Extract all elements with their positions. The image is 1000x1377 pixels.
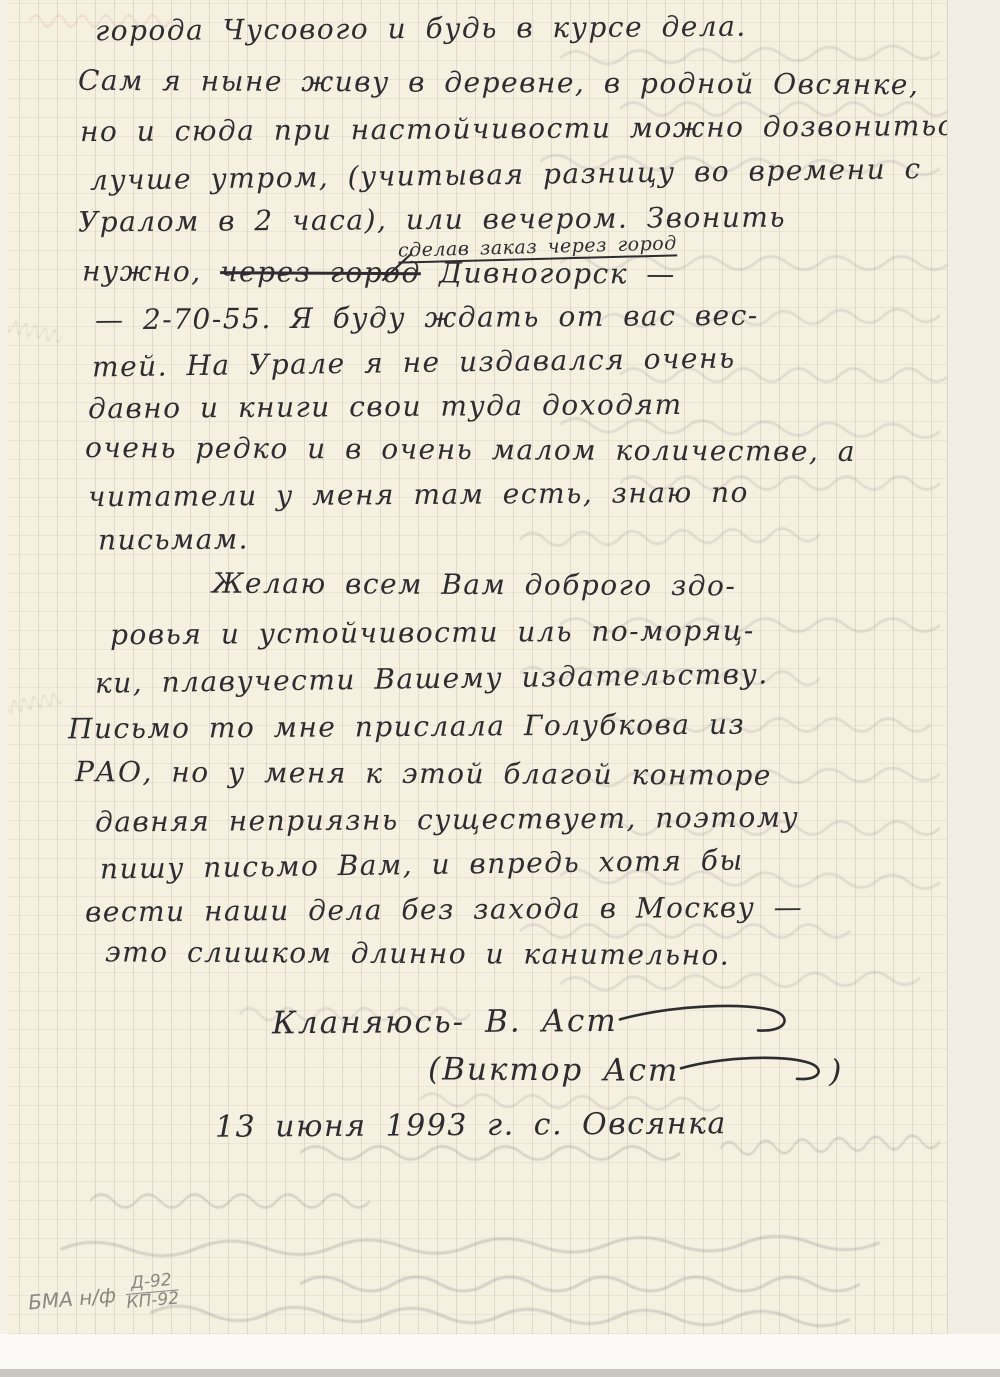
signature-line: Кланяюсь- В. Аст [272,1000,798,1046]
handwritten-line: давняя неприязнь существует, поэтому [95,801,799,839]
handwritten-line: ки, плавучести Вашему издательству. [95,657,769,699]
handwritten-line: — 2-70-55. Я буду ждать от вас вес- [95,299,759,337]
handwritten-line: давно и книги свои туда доходят [88,388,683,425]
bleed-through-ghost-text [300,1140,680,1166]
bleed-through-ghost-text [150,1299,850,1333]
bleed-through-ghost-text [1,687,64,719]
signature-flourish [618,1000,798,1043]
archival-fraction: Д-92 КП-92 [124,1272,180,1313]
handwritten-line: города Чусового и будь в курсе дела. [95,10,747,48]
graph-paper-sheet: города Чусового и будь в курсе дела. Сам… [0,0,1000,1334]
archival-prefix: БМА н/ф [27,1283,117,1315]
handwritten-line-with-strikethrough: нужно, через город Дивногорск — [82,254,676,290]
signature-closing-and-surname: Кланяюсь- В. Аст [272,1003,618,1041]
signature-full-name: Виктор Аст [442,1051,679,1088]
handwritten-line: ровья и устойчивости иль по-моряц- [110,614,755,652]
handwritten-line: Письмо то мне прислала Голубкова из [68,708,745,746]
text-before-strike: нужно, [82,254,202,288]
handwritten-line: но и сюда при настойчивости можно дозвон… [80,109,985,148]
paren-close: ) [829,1054,843,1090]
handwritten-line: Желаю всем Вам доброго здо- [212,567,737,603]
bleed-through-ghost-text [520,521,820,552]
handwritten-line: Сам я ныне живу в деревне, в родной Овся… [78,64,919,101]
paren-open: ( [428,1051,442,1087]
scanned-letter-page: { "letter": { "lines": [ "города Чусовог… [0,0,1000,1377]
handwritten-line: письмам. [98,522,249,556]
text-after-strike: Дивногорск — [439,256,676,290]
paper-right-margin [947,0,1000,1334]
bleed-through-ghost-text [720,1128,941,1162]
struck-out-text: через город [220,255,421,289]
handwritten-line: вести наши дела без захода в Москву — [85,890,803,928]
handwritten-line: лучше утром, (учитывая разницу во времен… [90,152,922,197]
bleed-through-ghost-text [0,314,63,348]
handwritten-line: Уралом в 2 часа), или вечером. Звонить [78,201,786,239]
bleed-through-ghost-text [90,1188,370,1214]
signature-flourish [679,1052,829,1093]
handwritten-line: это слишком длинно и канительно. [105,935,730,971]
handwritten-line: читатели у меня там есть, знаю по [88,476,749,514]
scan-edge-shadow [0,1369,1000,1377]
signature-parenthetical: (Виктор Аст) [428,1051,844,1093]
handwritten-line: РАО, но у меня к этой благой конторе [75,755,772,792]
dateline: 13 июня 1993 г. с. Овсянка [215,1106,727,1145]
bleed-through-ghost-text [60,1228,880,1263]
paper-left-margin [0,0,8,1334]
handwritten-line: очень редко и в очень малом количестве, … [85,431,856,468]
bleed-through-ghost-text [300,1270,860,1298]
